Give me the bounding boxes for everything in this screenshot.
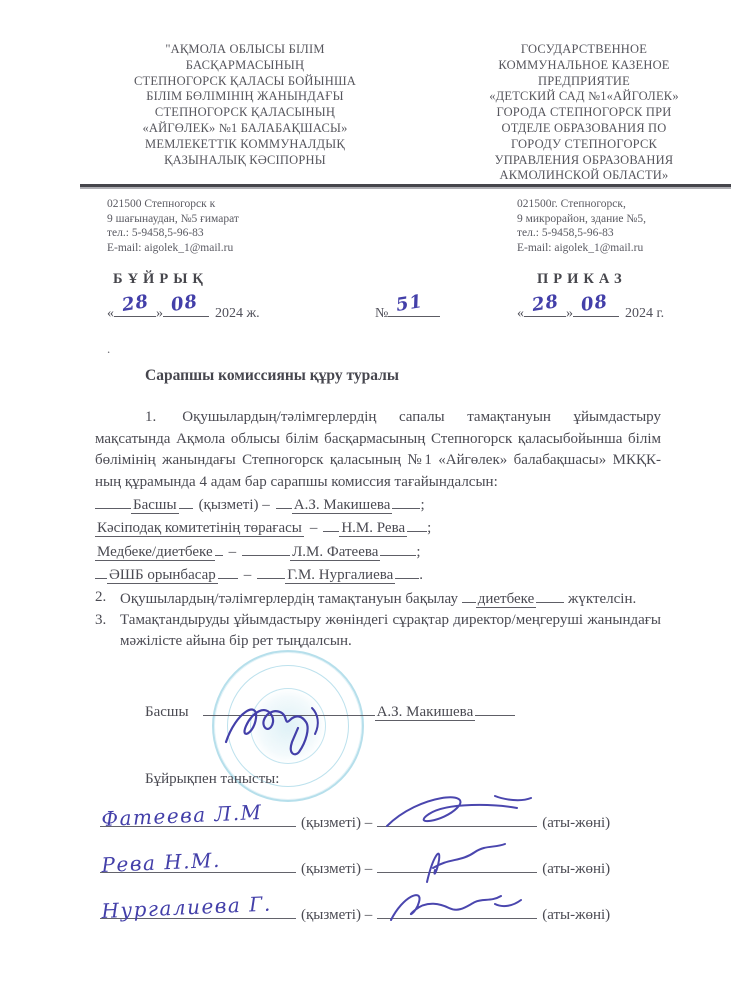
quote-close: » (566, 306, 573, 321)
letterhead-russian: ГОСУДАРСТВЕННОЕ КОММУНАЛЬНОЕ КАЗЕНОЕ ПРЕ… (438, 42, 730, 184)
address-line: 9 микрорайон, здание №5, (517, 212, 646, 227)
letterhead-line: ҚАЗЫНАЛЫҚ КӘСІПОРНЫ (94, 153, 396, 169)
phone-line: тел.: 5-9458,5-96-83 (107, 226, 239, 241)
blank-segment (407, 516, 427, 532)
stray-mark: . (107, 341, 110, 357)
blank-segment (380, 540, 416, 556)
day-blank: 28 (524, 301, 566, 317)
signature-head (214, 684, 364, 758)
item-number: 1. (145, 409, 156, 425)
commission-member-row: Басшы(қызметі) –А.З. Макишева; (95, 493, 661, 516)
blank-segment (215, 540, 223, 556)
item-number: 3. (95, 610, 120, 653)
order-label-kazakh: БҰЙРЫҚ (113, 271, 208, 288)
letterhead-line: ГОСУДАРСТВЕННОЕ (438, 42, 730, 58)
blank-segment (95, 563, 107, 579)
punctuation: ; (427, 520, 431, 536)
blank-segment (218, 563, 238, 579)
underlined-word: диетбеке (476, 591, 537, 608)
phone-line: тел.: 5-9458,5-96-83 (517, 226, 646, 241)
position-label: (қызметі) – (301, 861, 372, 877)
member-name: Н.М. Рева (339, 520, 407, 537)
contact-block-russian: 021500г. Степногорск, 9 микрорайон, здан… (517, 197, 646, 255)
blank-segment (179, 493, 193, 509)
date-right: «28»082024 г. (517, 301, 664, 322)
acknowledgment-heading: Бұйрықпен танысты: (145, 769, 661, 790)
letterhead-divider (80, 184, 731, 187)
number-blank: 51 (388, 301, 440, 317)
signature-row3 (383, 882, 533, 930)
name-label: (аты-жөні) (542, 815, 610, 831)
blank-segment (242, 540, 290, 556)
acknowledgment-row: Нургалиева Г.(қызметі) –(аты-жөні) (100, 895, 661, 928)
letterhead-line: КОММУНАЛЬНОЕ КАЗЕНОЕ (438, 58, 730, 74)
letterhead-line: УПРАВЛЕНИЯ ОБРАЗОВАНИЯ (438, 153, 730, 169)
item-number: 2. (95, 587, 120, 610)
letterhead-line: АКМОЛИНСКОЙ ОБЛАСТИ» (438, 168, 730, 184)
member-separator: – (229, 544, 237, 560)
member-name: Л.М. Фатеева (290, 544, 380, 561)
scanned-order-document: "АҚМОЛА ОБЛЫСЫ БІЛІМ БАСҚАРМАСЫНЫҢ СТЕПН… (0, 0, 732, 1008)
order-number: №51 (375, 301, 440, 322)
handwritten-day: 28 (531, 291, 561, 316)
order-body: Сарапшы комиссияны құру туралы 1.Оқушыла… (95, 365, 661, 928)
item-text: Оқушылардың/тәлімгерлердің сапалы тамақт… (95, 409, 661, 489)
letterhead-line: БАСҚАРМАСЫНЫҢ (94, 58, 396, 74)
month-blank: 08 (573, 301, 619, 317)
punctuation: ; (420, 497, 424, 513)
letterhead-line: "АҚМОЛА ОБЛЫСЫ БІЛІМ (94, 42, 396, 58)
order-item-2: 2. Оқушылардың/тәлімгерлердің тамақтануы… (95, 587, 661, 610)
blank-segment (536, 587, 564, 603)
member-role: Кәсіподақ комитетінің төрағасы (95, 520, 304, 537)
handwritten-month: 08 (170, 291, 200, 316)
position-label: (қызметі) – (301, 815, 372, 831)
email-line: E-mail: aigolek_1@mail.ru (107, 241, 239, 256)
handwritten-name-line: Фатеева Л.М (100, 803, 296, 827)
quote-close: » (156, 306, 163, 321)
blank-segment (392, 493, 420, 509)
member-name: А.З. Макишева (292, 497, 393, 514)
blank-segment (95, 493, 131, 509)
number-sign: № (375, 306, 388, 321)
letterhead-line: ПРЕДПРИЯТИЕ (438, 74, 730, 90)
handwritten-day: 28 (121, 291, 151, 316)
handwritten-name: Нургалиева Г. (101, 893, 272, 922)
member-separator: – (310, 520, 318, 536)
member-separator: (қызметі) – (199, 497, 270, 513)
letterhead-line: ГОРОДА СТЕПНОГОРСК ПРИ (438, 105, 730, 121)
handwritten-name: Рева Н.М. (101, 850, 221, 877)
punctuation: ; (416, 544, 420, 560)
item-text-after: жүктелсін. (568, 591, 636, 607)
position-label: (қызметі) – (301, 907, 372, 923)
signature-line (377, 849, 537, 873)
address-line: 9 шағынаудан, №5 ғимарат (107, 212, 239, 227)
commission-member-row: ӘШБ орынбасар–Г.М. Нургалиева. (95, 563, 661, 586)
contact-block-kazakh: 021500 Степногорск к 9 шағынаудан, №5 ғи… (107, 197, 239, 255)
email-line: E-mail: aigolek_1@mail.ru (517, 241, 646, 256)
letterhead-line: СТЕПНОГОРСК ҚАЛАСЫНЫҢ (94, 105, 396, 121)
letterhead-line: СТЕПНОГОРСК ҚАЛАСЫ БОЙЫНША (94, 74, 396, 90)
name-label: (аты-жөні) (542, 907, 610, 923)
order-item-3: 3. Тамақтандыруды ұйымдастыру жөніндегі … (95, 610, 661, 653)
punctuation: . (419, 567, 423, 583)
blank-segment (395, 563, 419, 579)
signature-row2 (383, 836, 533, 884)
commission-member-row: Медбеке/диетбеке–Л.М. Фатеева; (95, 540, 661, 563)
letterhead-kazakh: "АҚМОЛА ОБЛЫСЫ БІЛІМ БАСҚАРМАСЫНЫҢ СТЕПН… (94, 42, 396, 168)
order-title: Сарапшы комиссияны құру туралы (145, 365, 661, 386)
letterhead-line: ОТДЕЛЕ ОБРАЗОВАНИЯ ПО (438, 121, 730, 137)
item-text-before: Оқушылардың/тәлімгерлердің тамақтануын б… (120, 591, 458, 607)
acknowledgment-row: Рева Н.М.(қызметі) –(аты-жөні) (100, 849, 661, 882)
day-blank: 28 (114, 301, 156, 317)
signature-line (377, 895, 537, 919)
address-line: 021500 Степногорск к (107, 197, 239, 212)
letterhead-line: МЕМЛЕКЕТТІК КОММУНАЛДЫҚ (94, 137, 396, 153)
member-role: Басшы (131, 497, 179, 514)
blank-segment (475, 700, 515, 716)
letterhead-line: ГОРОДУ СТЕПНОГОРСК (438, 137, 730, 153)
handwritten-name-line: Рева Н.М. (100, 849, 296, 873)
member-role: Медбеке/диетбеке (95, 544, 215, 561)
order-item-1: 1.Оқушылардың/тәлімгерлердің сапалы тама… (95, 407, 661, 493)
blank-segment (276, 493, 292, 509)
year-label: 2024 ж. (215, 306, 260, 321)
quote-open: « (107, 306, 114, 321)
month-blank: 08 (163, 301, 209, 317)
head-title-label: Басшы (145, 704, 189, 720)
handwritten-month: 08 (580, 291, 610, 316)
head-name: А.З. Макишева (375, 704, 476, 721)
date-left: «28»082024 ж. (107, 301, 260, 322)
member-separator: – (244, 567, 252, 583)
address-line: 021500г. Степногорск, (517, 197, 646, 212)
member-role: ӘШБ орынбасар (107, 567, 218, 584)
blank-segment (462, 587, 476, 603)
name-label: (аты-жөні) (542, 861, 610, 877)
handwritten-name-line: Нургалиева Г. (100, 895, 296, 919)
blank-segment (257, 563, 285, 579)
acknowledgment-row: Фатеева Л.М(қызметі) –(аты-жөні) (100, 803, 661, 836)
signature-line (377, 803, 537, 827)
handwritten-number: 51 (395, 291, 425, 316)
member-name: Г.М. Нургалиева (285, 567, 395, 584)
letterhead-line: «АЙГӨЛЕК» №1 БАЛАБАҚШАСЫ» (94, 121, 396, 137)
commission-member-row: Кәсіподақ комитетінің төрағасы–Н.М. Рева… (95, 516, 661, 539)
year-label: 2024 г. (625, 306, 664, 321)
handwritten-name: Фатеева Л.М (101, 802, 263, 830)
item-text: Тамақтандыруды ұйымдастыру жөніндегі сұр… (120, 610, 661, 653)
signature-row1 (383, 790, 533, 838)
item-text: Оқушылардың/тәлімгерлердің тамақтануын б… (120, 587, 661, 610)
letterhead-line: БІЛІМ БӨЛІМІНІҢ ЖАНЫНДАҒЫ (94, 89, 396, 105)
order-label-russian: ПРИКАЗ (537, 271, 627, 288)
letterhead-line: «ДЕТСКИЙ САД №1«АЙГОЛЕК» (438, 89, 730, 105)
blank-segment (323, 516, 339, 532)
quote-open: « (517, 306, 524, 321)
